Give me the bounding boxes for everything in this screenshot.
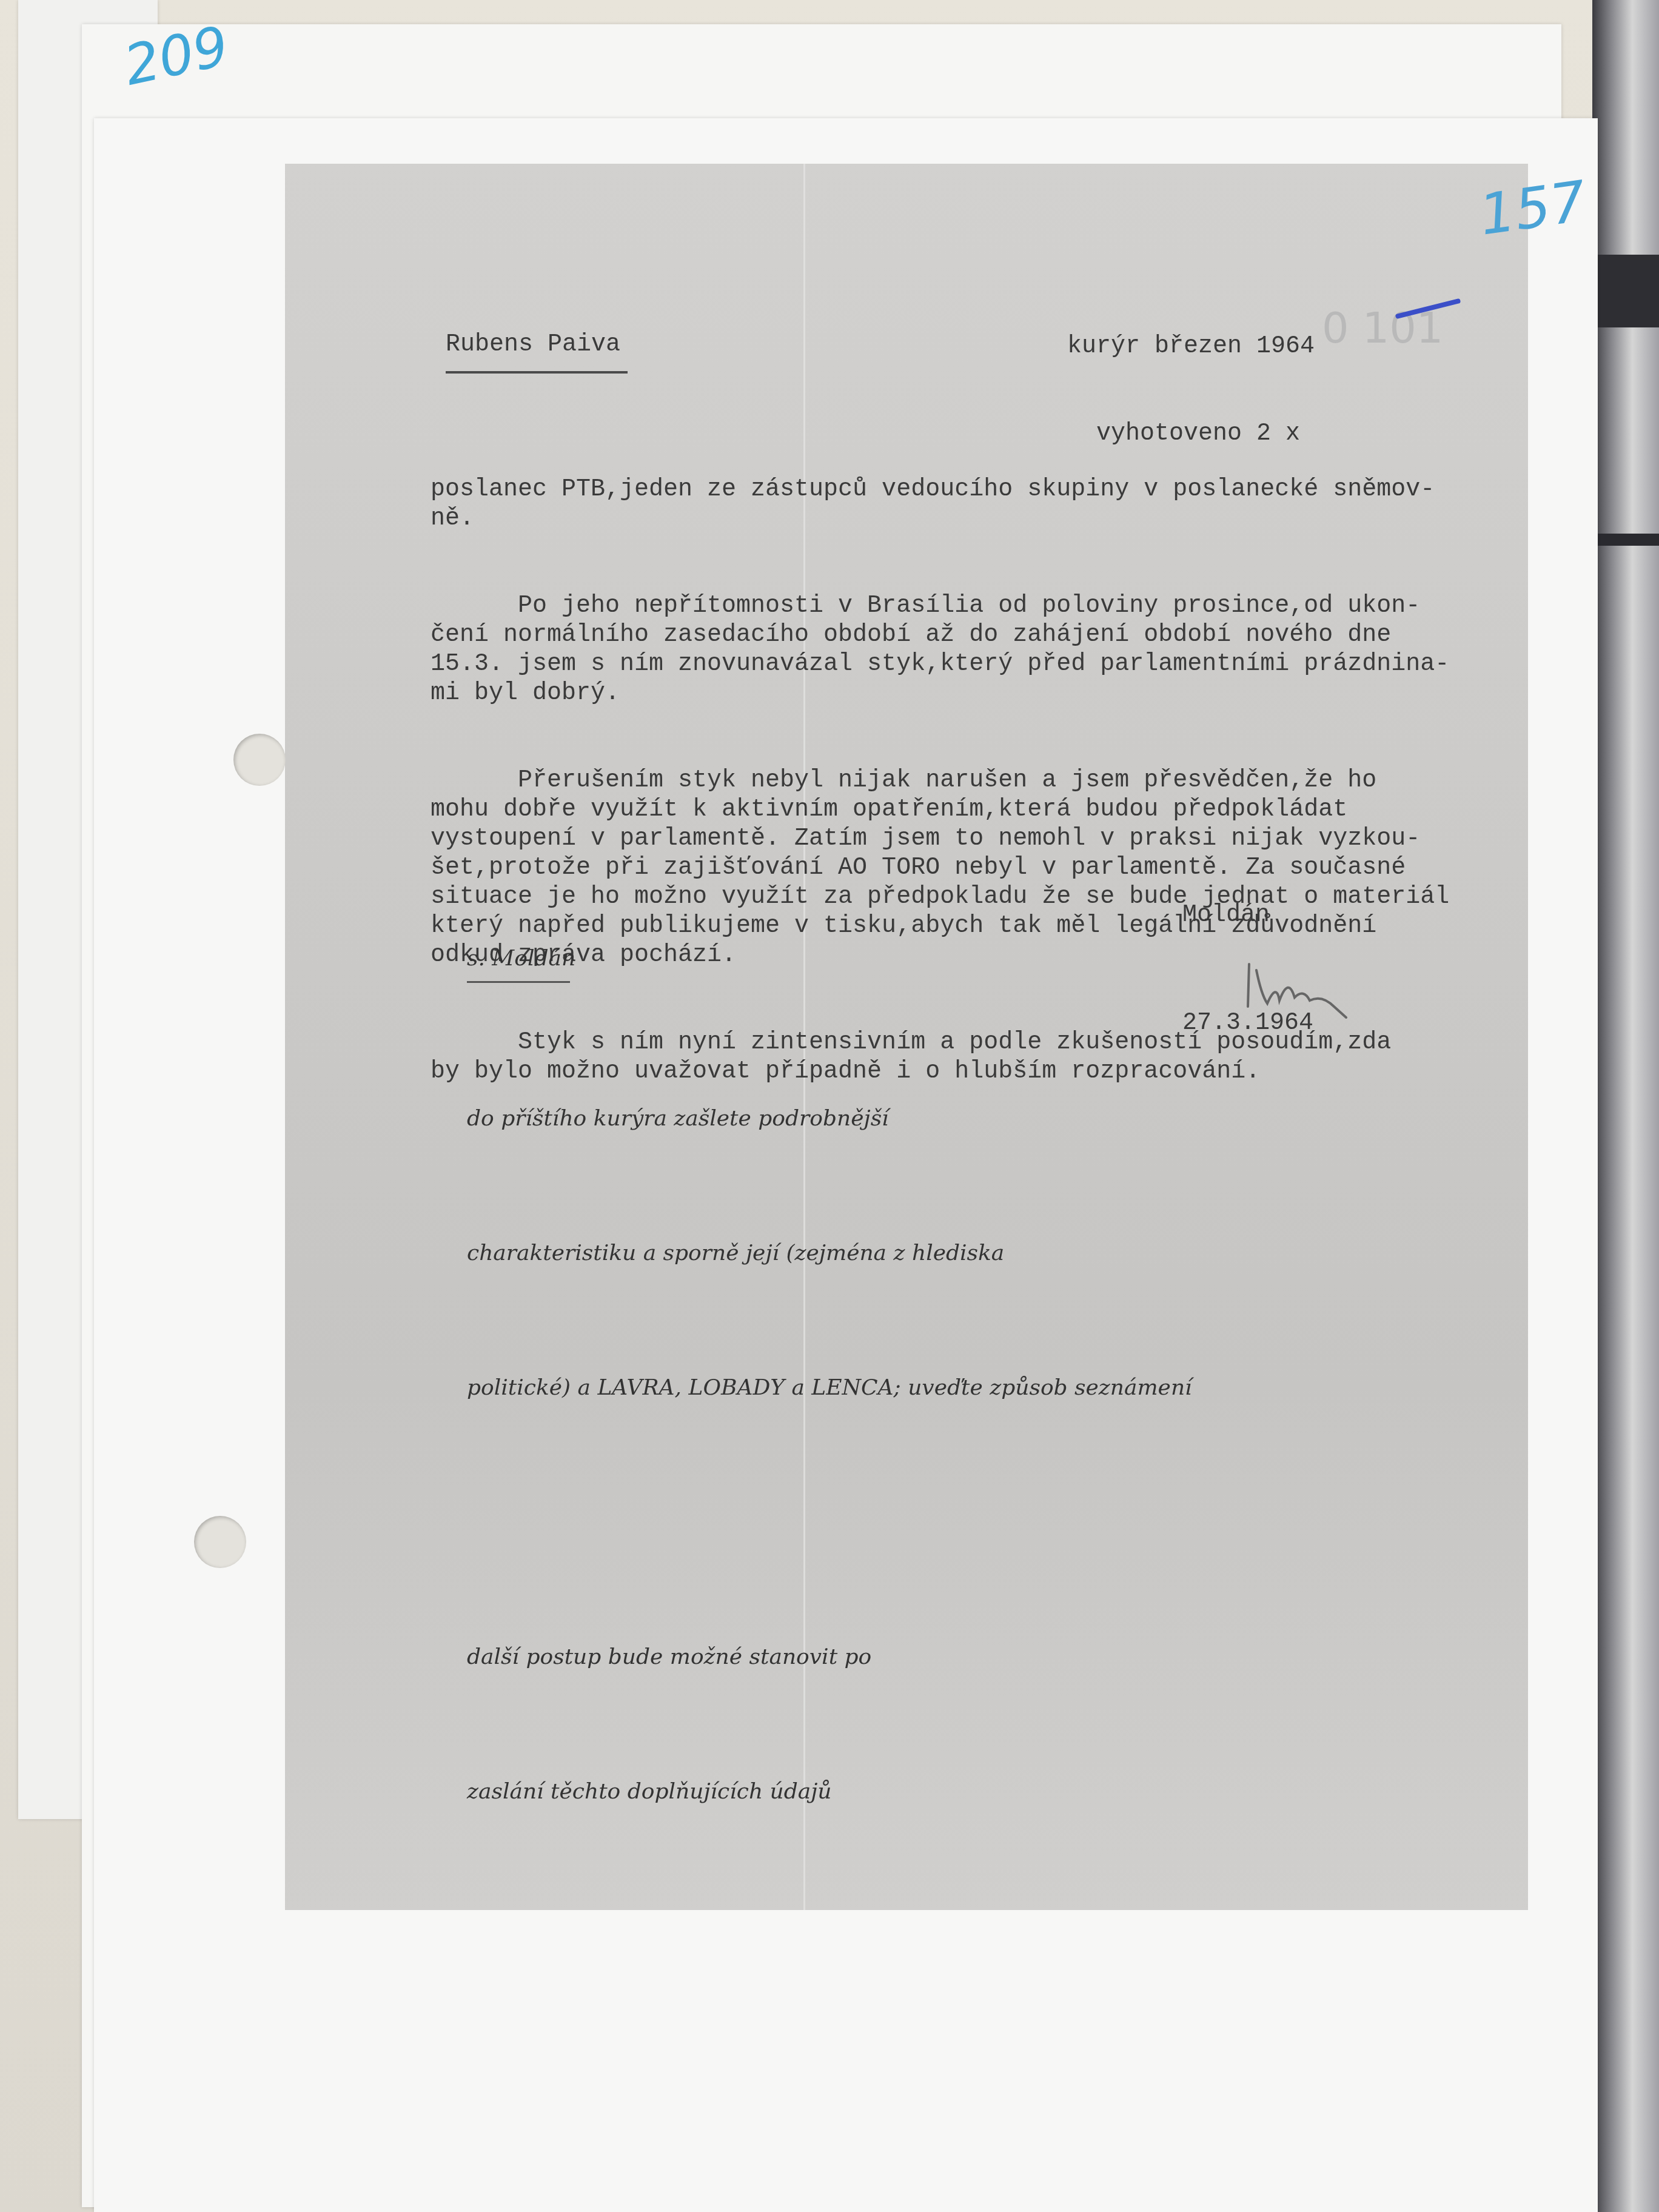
handwritten-line: politické) a LAVRA, LOBADY a LENCA; uveď… <box>467 1366 1192 1410</box>
paragraph: poslanec PTB,jeden ze zástupců vedoucího… <box>431 475 1546 534</box>
adjacent-photo-strip <box>1592 0 1659 2212</box>
handwritten-line: zaslání těchto doplňujících údajů <box>467 1769 1192 1814</box>
paragraph: Přerušením styk nebyl nijak narušen a js… <box>431 766 1546 970</box>
handwritten-note: do příštího kurýra zašlete podrobnější c… <box>467 1007 1192 1859</box>
handwritten-line: charakteristiku a sporně její (zejména z… <box>467 1231 1192 1276</box>
punch-hole <box>233 734 286 786</box>
courier-line: kurýr březen 1964 <box>1067 332 1315 361</box>
paragraph: Po jeho nepřítomnosti v Brasília od polo… <box>431 592 1546 708</box>
signer-name: Moldán <box>1182 901 1313 930</box>
punch-hole <box>194 1516 246 1568</box>
subject-underline <box>446 371 628 374</box>
handwritten-signature <box>1243 952 1352 1019</box>
handwritten-line: do příštího kurýra zašlete podrobnější <box>467 1096 1192 1141</box>
handwritten-addressee: s. Moldán <box>467 946 575 971</box>
handwritten-underline <box>467 981 570 983</box>
handwritten-line <box>467 1500 1192 1545</box>
subject-title: Rubens Paiva <box>446 330 620 360</box>
handwritten-line: další postup bude možné stanovit po <box>467 1635 1192 1680</box>
